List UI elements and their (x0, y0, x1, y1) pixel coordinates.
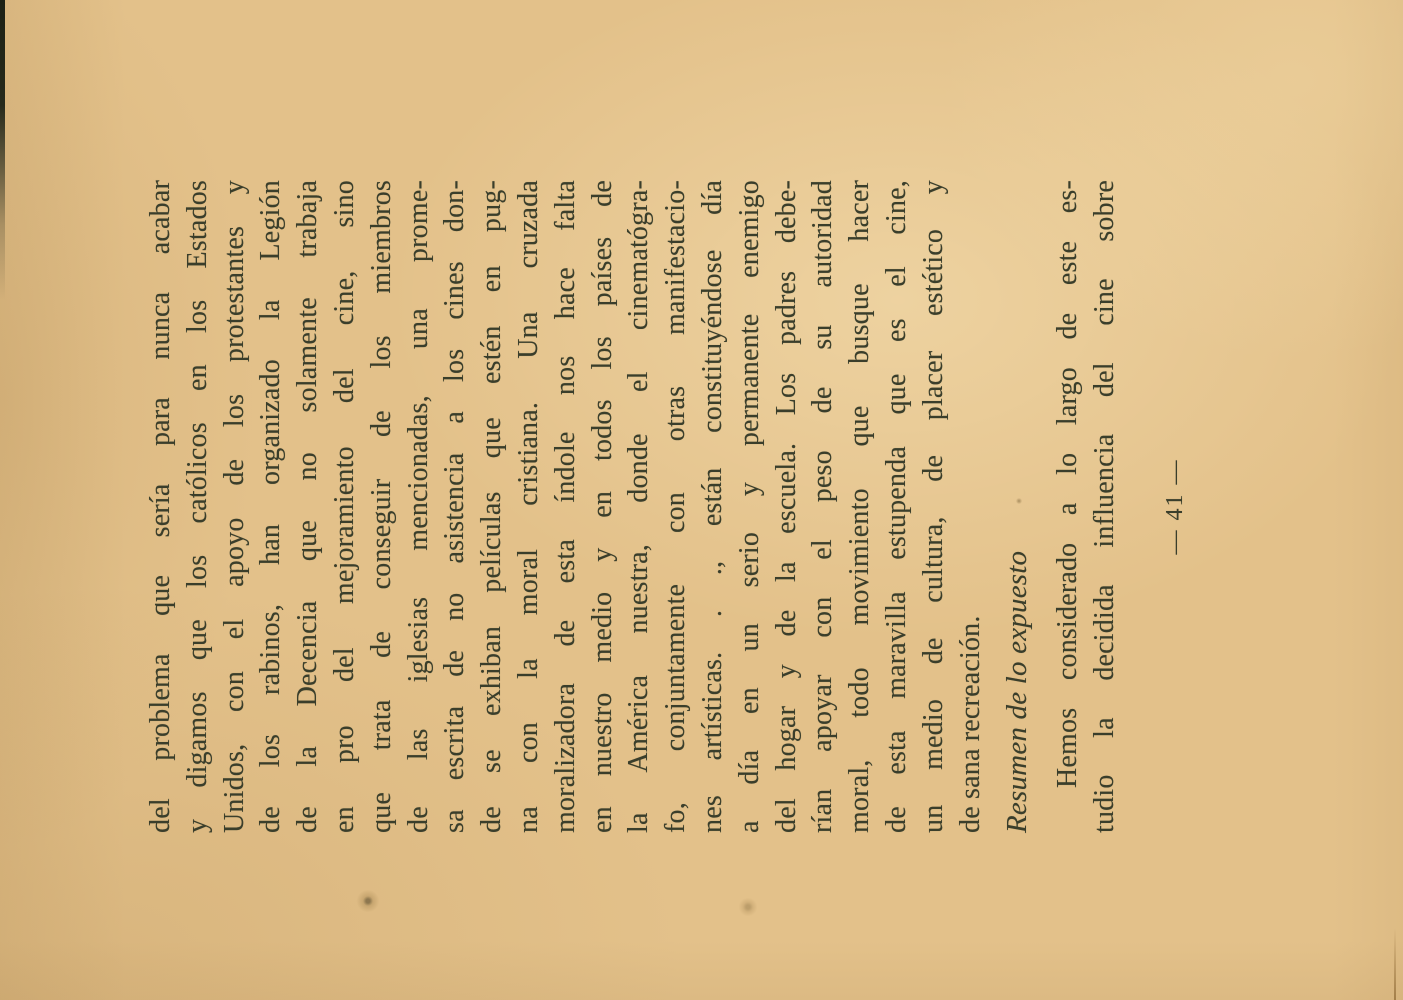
text-line: de los rabinos, han organizado la Legión (253, 180, 290, 833)
page-number: — 41 — (1157, 180, 1194, 833)
text-line: en nuestro medio y en todos los países d… (585, 180, 622, 833)
text-line: del problema que sería para nunca acabar (143, 180, 180, 833)
text-line: del hogar y de la escuela. Los padres de… (769, 180, 806, 833)
text-line: Hemos considerado a lo largo de este es- (1050, 180, 1087, 833)
text-line: tudio la decidida influencia del cine so… (1087, 180, 1124, 833)
text-line: nes artísticas. . ., están constituyéndo… (695, 180, 732, 833)
scanned-book-page: del problema que sería para nunca acabar… (0, 0, 1403, 1000)
text-line: moralizadora de esta índole nos hace fal… (548, 180, 585, 833)
text-line: de esta maravilla estupenda que es el ci… (879, 180, 916, 833)
text-line: de las iglesias mencionadas, una prome- (401, 180, 438, 833)
section-heading: Resumen de lo expuesto (999, 180, 1036, 833)
rotated-page: del problema que sería para nunca acabar… (0, 0, 1403, 1000)
text-line: un medio de cultura, de placer estético … (916, 180, 953, 833)
text-line: la América nuestra, donde el cinematógra… (621, 180, 658, 833)
text-line: de se exhiban películas que estén en pug… (474, 180, 511, 833)
text-line: de sana recreación. (953, 180, 990, 833)
text-line: Unidos, con el apoyo de los protestantes… (217, 180, 254, 833)
text-line: a día en un serio y permanente enemigo (732, 180, 769, 833)
text-line: que trata de conseguir de los miembros (364, 180, 401, 833)
text-line: de la Decencia que no solamente trabaja (290, 180, 327, 833)
text-block: del problema que sería para nunca acabar… (143, 180, 1194, 833)
text-line: sa escrita de no asistencia a los cines … (437, 180, 474, 833)
text-line: en pro del mejoramiento del cine, sino (327, 180, 364, 833)
text-line: na con la moral cristiana. Una cruzada (511, 180, 548, 833)
text-line: fo, conjuntamente con otras manifestacio… (658, 180, 695, 833)
text-line: y digamos que los católicos en los Estad… (180, 180, 217, 833)
text-line: moral, todo movimiento que busque hacer (842, 180, 879, 833)
text-line: rían apoyar con el peso de su autoridad (805, 180, 842, 833)
